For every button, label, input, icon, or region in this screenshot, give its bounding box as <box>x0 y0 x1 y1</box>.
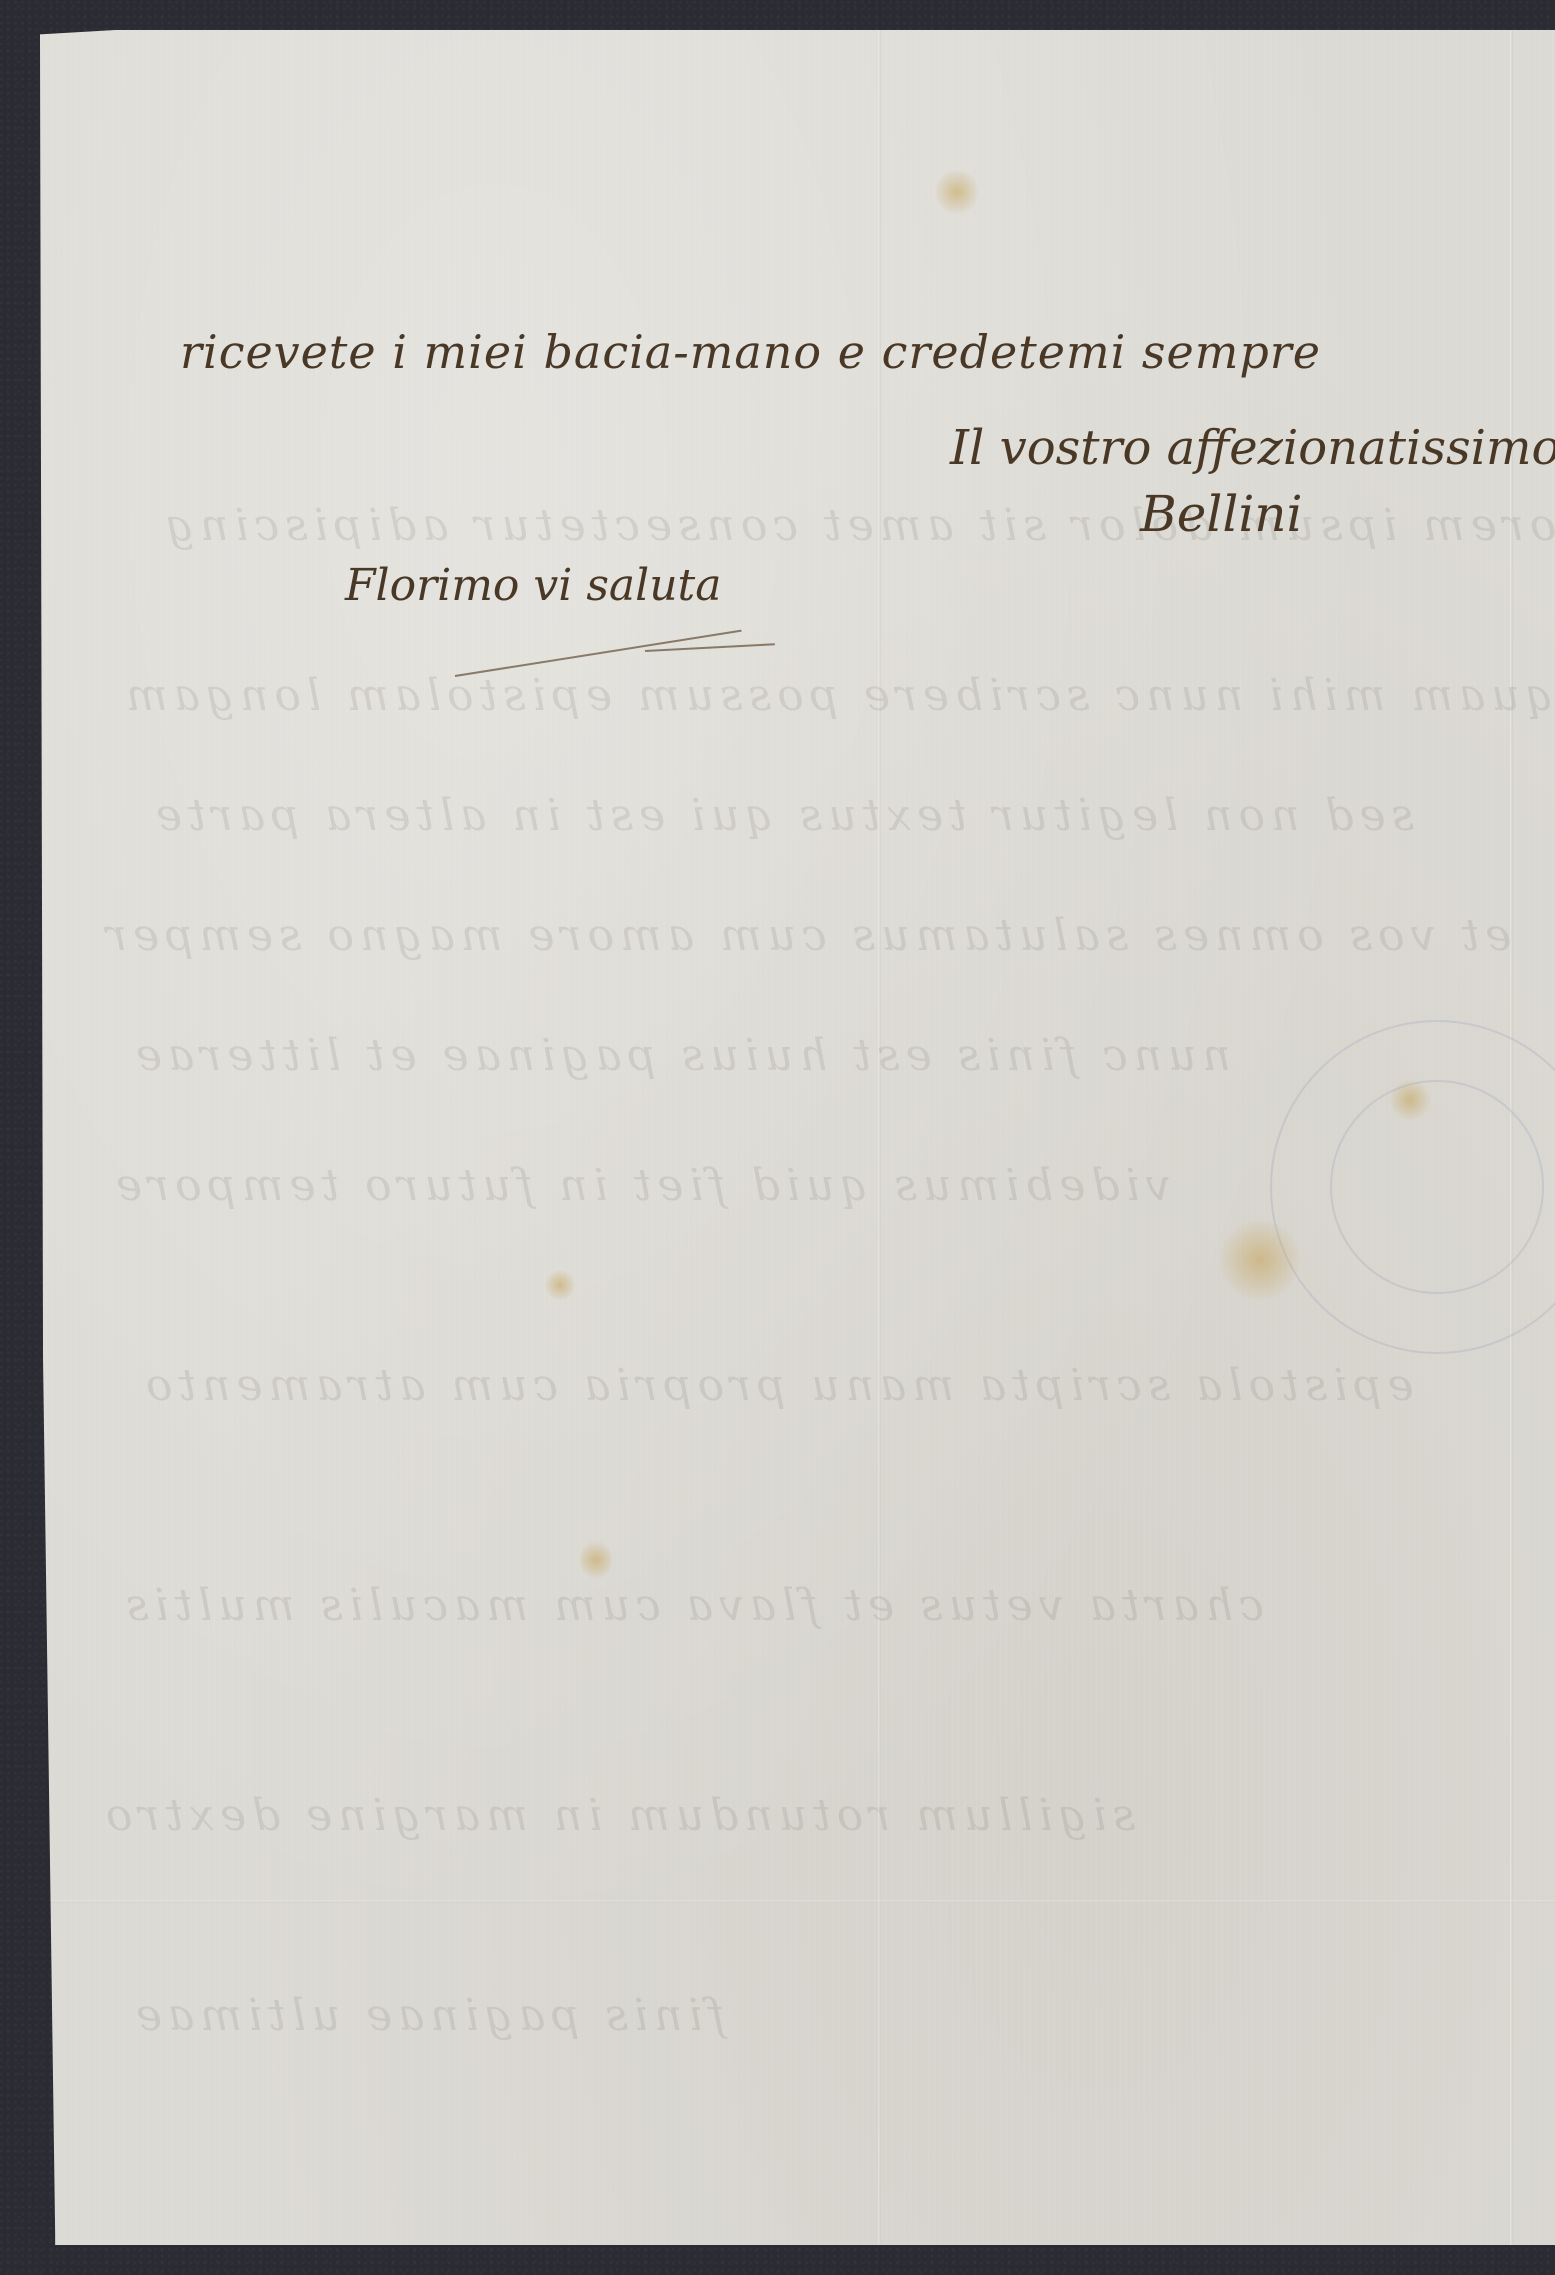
bleed-through-line: quam mihi nunc scribere possum epistolam… <box>120 670 1554 721</box>
bleed-through-line: sigillum rotundum in margine dextro <box>100 1790 1135 1841</box>
postscript: Florimo vi saluta <box>345 560 721 611</box>
postal-seal-inner <box>1330 1080 1544 1294</box>
bleed-through-line: videbimus quid fiet in futuro tempore <box>110 1160 1171 1211</box>
bleed-through-line: et vos omnes salutamus cum amore magno s… <box>100 910 1511 961</box>
bleed-through-line: lorem ipsum dolor sit amet consectetur a… <box>160 500 1555 551</box>
stain <box>545 1270 575 1300</box>
bleed-through-line: finis paginae ultimae <box>130 1990 725 2041</box>
bleed-through-line: epistola scripta manu propria cum atrame… <box>140 1360 1414 1411</box>
stain <box>1220 1220 1300 1300</box>
lower-fold <box>40 1900 1555 1903</box>
letter-body-line: ricevete i miei bacia-mano e credetemi s… <box>180 325 1321 379</box>
stain <box>935 170 979 214</box>
bleed-through-line: charta vetus et flava cum maculis multis <box>120 1580 1264 1631</box>
bleed-through-line: sed non legitur textus qui est in altera… <box>150 790 1414 841</box>
signature: Bellini <box>1140 485 1303 543</box>
bleed-through-line: nunc finis est huius paginae et litterae <box>130 1030 1231 1081</box>
stain <box>1390 1080 1430 1120</box>
letter-closing: Il vostro affezionatissimo <box>950 420 1555 476</box>
stain <box>580 1540 612 1580</box>
